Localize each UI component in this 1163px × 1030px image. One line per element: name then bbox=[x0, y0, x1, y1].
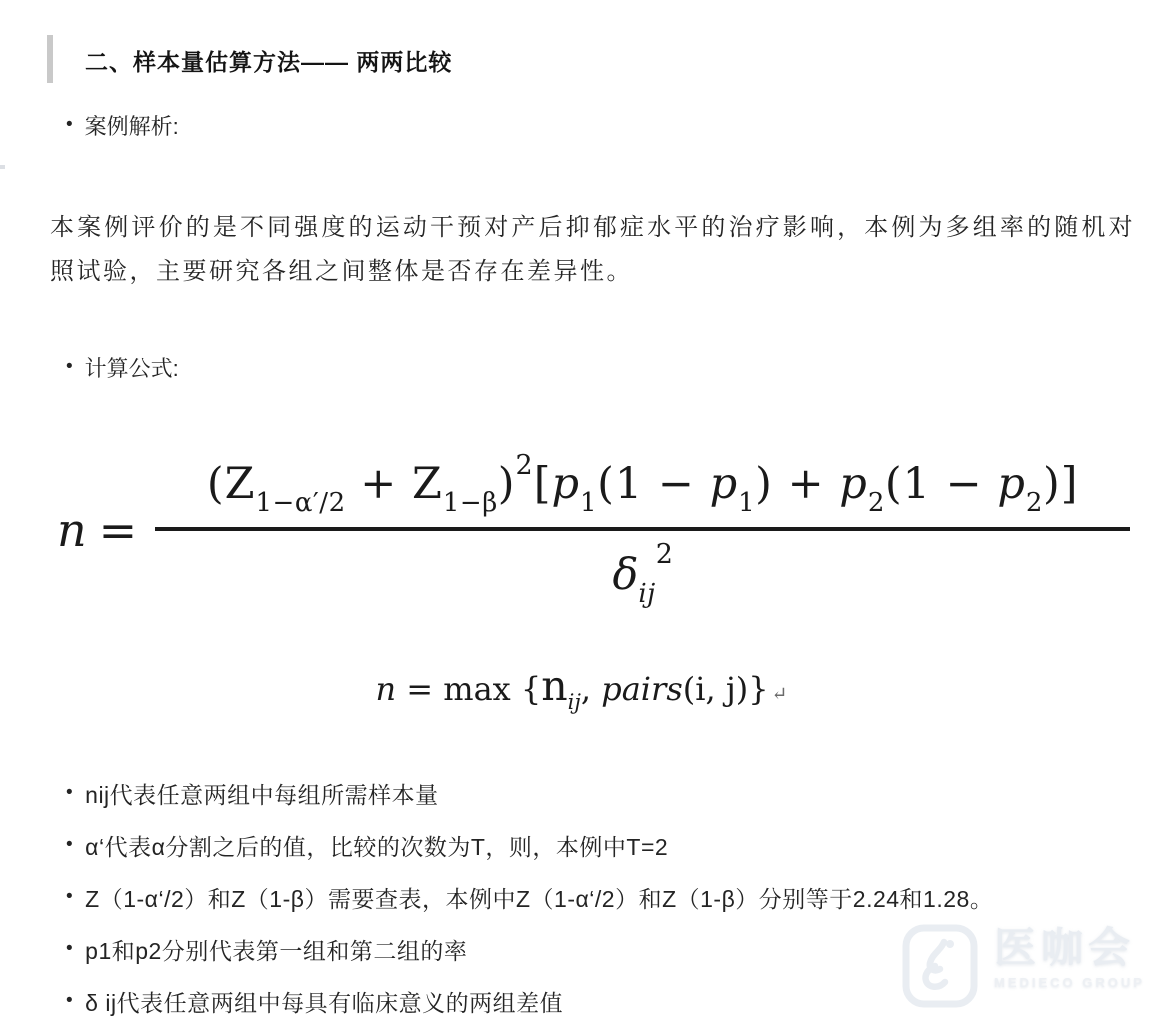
heading-accent-bar bbox=[47, 35, 53, 83]
note-text: δ ij代表任意两组中每具有临床意义的两组差值 bbox=[85, 985, 563, 1018]
watermark: 医咖会 MEDIECO GROUP bbox=[902, 924, 1145, 1008]
bullet-icon: • bbox=[66, 990, 73, 1012]
fraction: (Z1−α′/2 + Z1−β)2[p1(1 − p1) + p2(1 − p2… bbox=[155, 450, 1130, 609]
fraction-numerator: (Z1−α′/2 + Z1−β)2[p1(1 − p1) + p2(1 − p2… bbox=[207, 450, 1079, 527]
bullet-icon: • bbox=[66, 114, 73, 136]
formula-label-row: • 计算公式: bbox=[66, 352, 179, 382]
bullet-icon: • bbox=[66, 938, 73, 960]
page-title: 二、样本量估算方法—— 两两比较 bbox=[85, 44, 452, 77]
note-text: p1和p2分别代表第一组和第二组的率 bbox=[85, 933, 467, 966]
note-item: • nij代表任意两组中每组所需样本量 bbox=[66, 767, 993, 819]
watermark-logo-icon bbox=[902, 924, 978, 1008]
case-analysis-label: 案例解析: bbox=[85, 110, 179, 141]
case-analysis-label-row: • 案例解析: bbox=[66, 110, 179, 140]
note-item: • Z（1-α‘/2）和Z（1-β）需要查表，本例中Z（1-α‘/2）和Z（1-… bbox=[66, 871, 993, 923]
watermark-name: 医咖会 bbox=[994, 924, 1145, 972]
return-mark-icon: ↵ bbox=[772, 683, 788, 705]
max-pairs-formula: n = max {nij, pairs(i, j)}↵ bbox=[0, 662, 1163, 714]
notes-list: • nij代表任意两组中每组所需样本量 • α‘代表α分割之后的值，比较的次数为… bbox=[66, 767, 993, 1027]
bullet-icon: • bbox=[66, 356, 73, 378]
fraction-denominator: δij2 bbox=[612, 531, 672, 609]
paragraph-line-2: 照试验，主要研究各组之间整体是否存在差异性。 bbox=[50, 250, 1135, 294]
note-text: α‘代表α分割之后的值，比较的次数为T，则，本例中T=2 bbox=[85, 829, 668, 862]
sample-size-formula: n= (Z1−α′/2 + Z1−β)2[p1(1 − p1) + p2(1 −… bbox=[57, 450, 1130, 609]
note-text: nij代表任意两组中每组所需样本量 bbox=[85, 777, 439, 810]
page: { "ui": { "bullet": "•" }, "header": { "… bbox=[0, 0, 1163, 1030]
note-item: • p1和p2分别代表第一组和第二组的率 bbox=[66, 923, 993, 975]
watermark-subtitle: MEDIECO GROUP bbox=[994, 975, 1145, 990]
note-text: Z（1-α‘/2）和Z（1-β）需要查表，本例中Z（1-α‘/2）和Z（1-β）… bbox=[85, 881, 993, 914]
bullet-icon: • bbox=[66, 782, 73, 804]
watermark-text: 医咖会 MEDIECO GROUP bbox=[994, 924, 1145, 990]
edge-artifact bbox=[0, 165, 5, 169]
note-item: • δ ij代表任意两组中每具有临床意义的两组差值 bbox=[66, 975, 993, 1027]
bullet-icon: • bbox=[66, 886, 73, 908]
case-description-paragraph: 本案例评价的是不同强度的运动干预对产后抑郁症水平的治疗影响，本例为多组率的随机对… bbox=[50, 206, 1135, 294]
paragraph-line-1: 本案例评价的是不同强度的运动干预对产后抑郁症水平的治疗影响，本例为多组率的随机对 bbox=[50, 206, 1135, 250]
formula-label: 计算公式: bbox=[85, 352, 179, 383]
bullet-icon: • bbox=[66, 834, 73, 856]
note-item: • α‘代表α分割之后的值，比较的次数为T，则，本例中T=2 bbox=[66, 819, 993, 871]
formula-lhs: n= bbox=[57, 503, 137, 557]
